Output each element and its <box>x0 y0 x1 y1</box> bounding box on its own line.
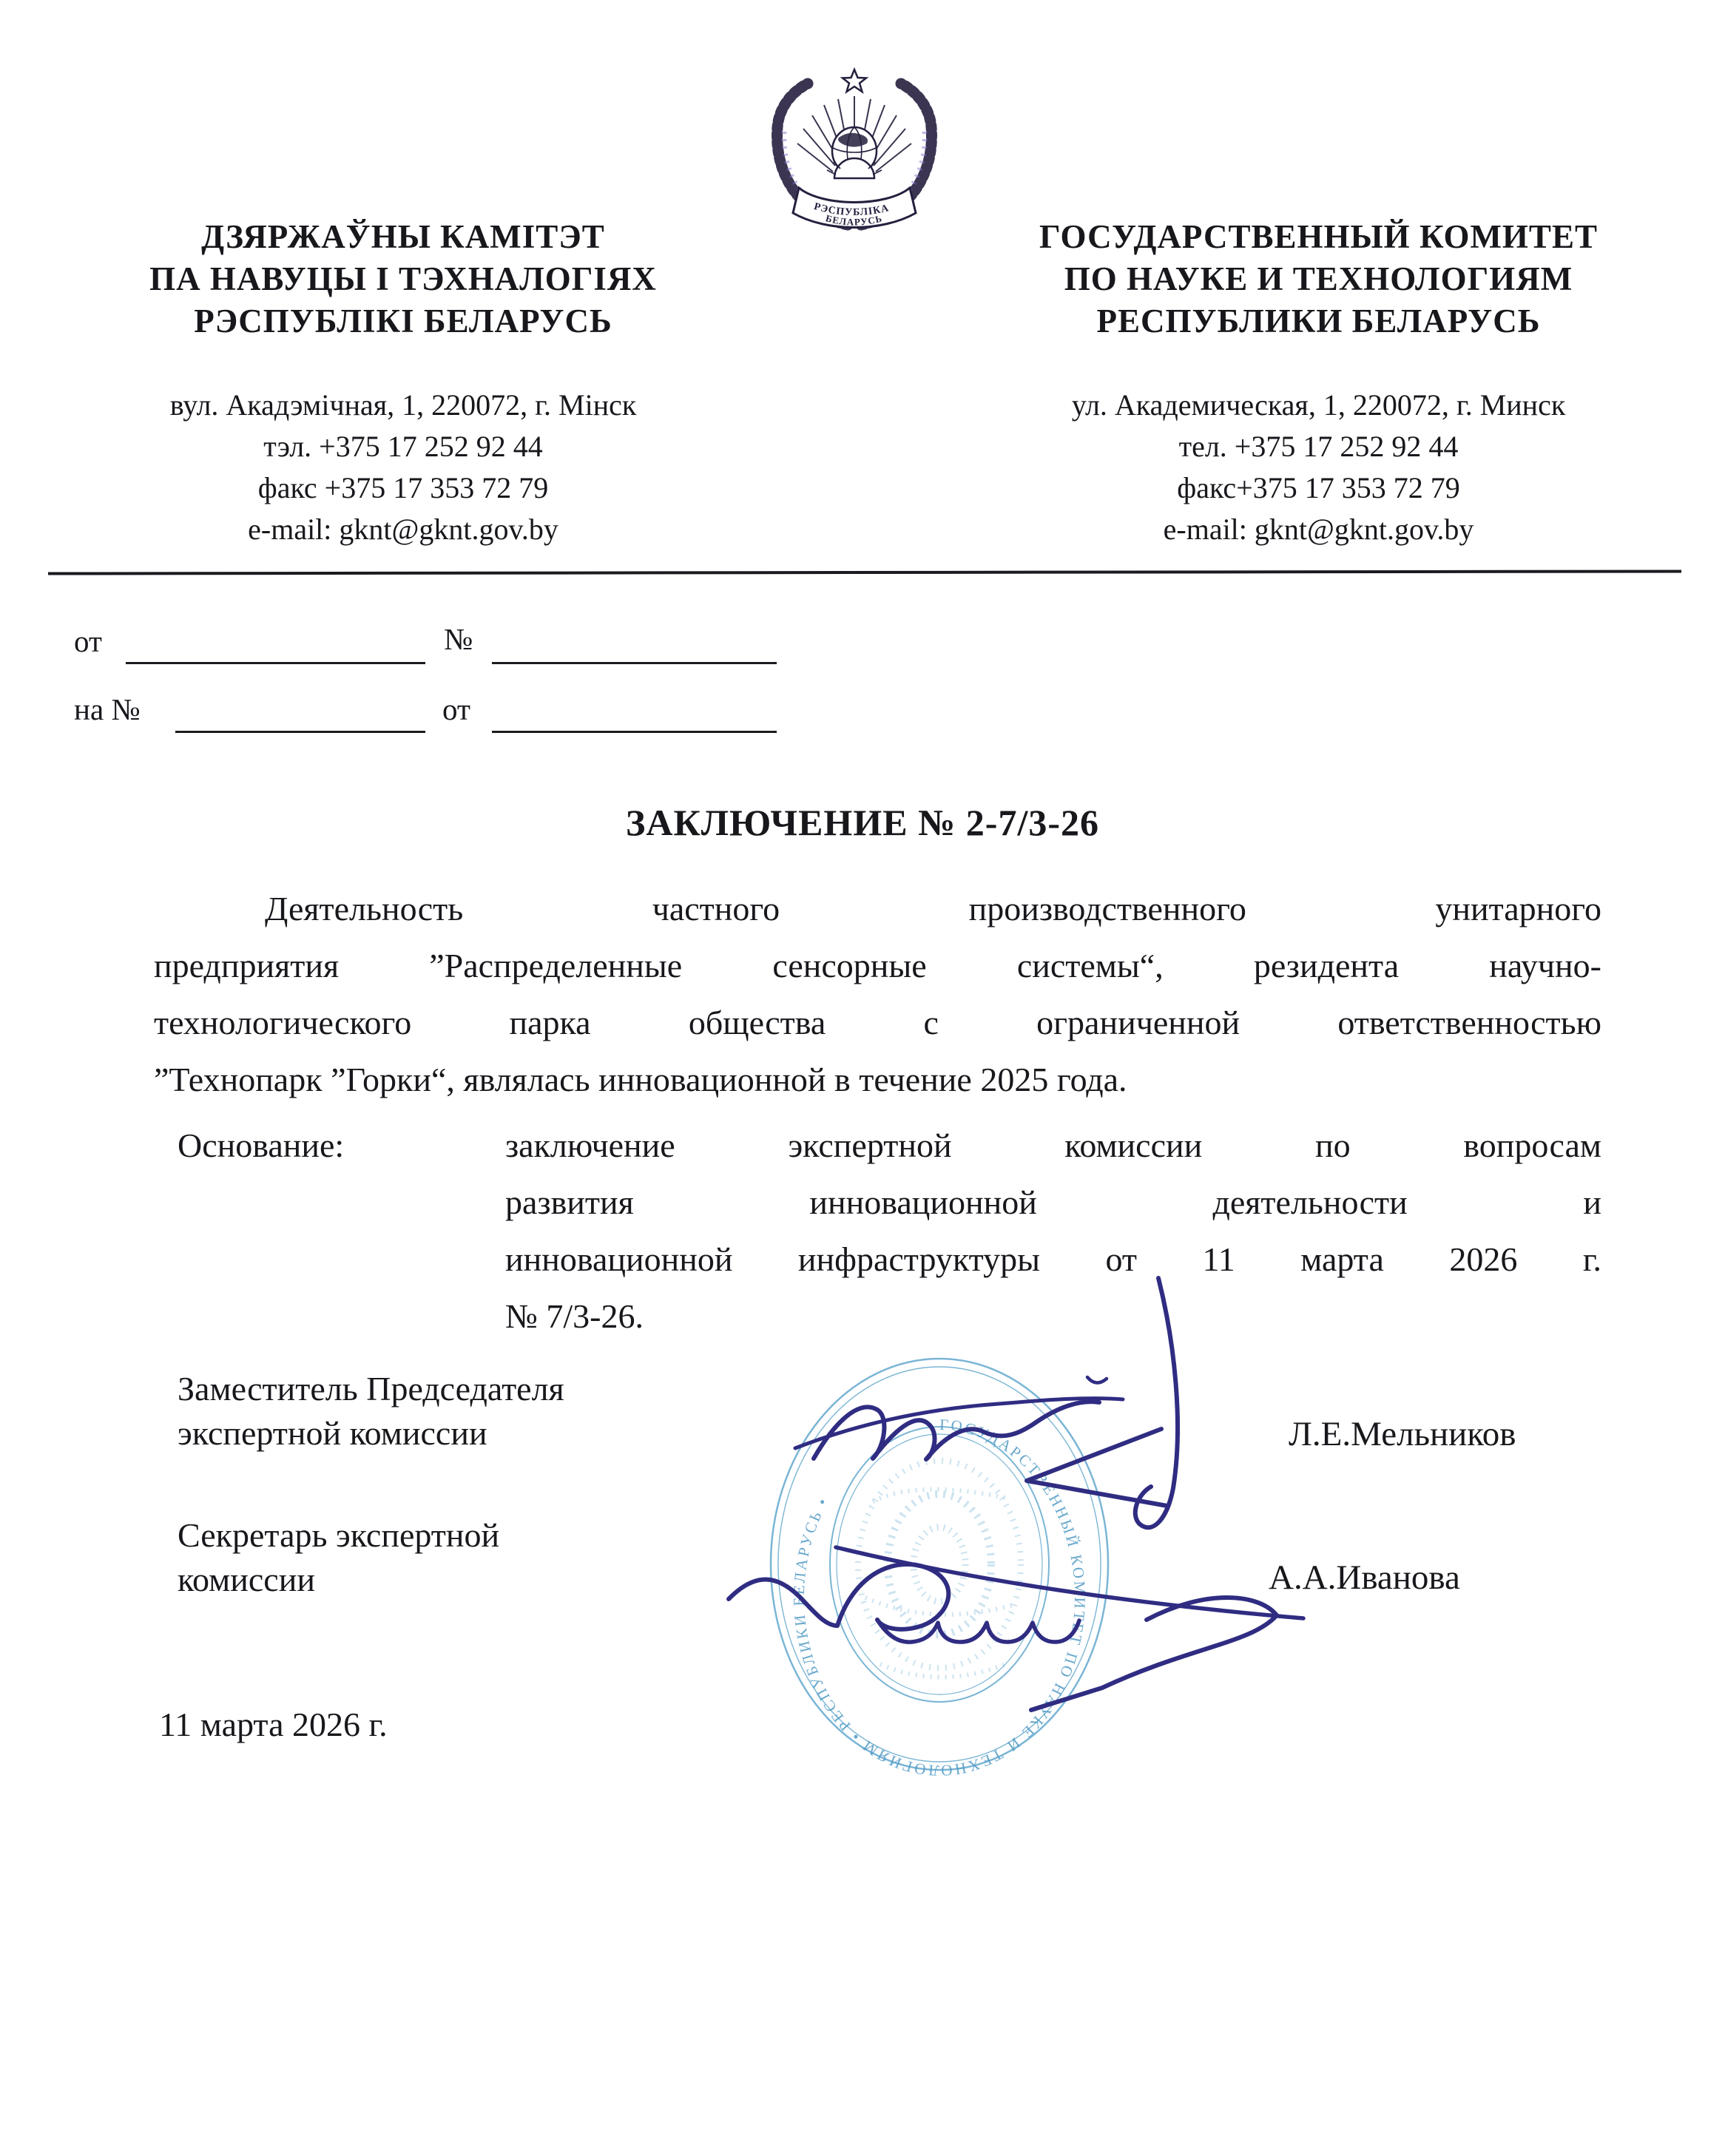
ref-ot-label-2: от <box>442 692 470 727</box>
body-line: ”Технопарк ”Горки“, являлась инновационн… <box>154 1051 1601 1108</box>
star-icon <box>843 70 866 92</box>
header-divider <box>48 570 1681 575</box>
org-right-line2: ПО НАУКЕ И ТЕХНОЛОГИЯМ <box>1013 258 1624 300</box>
basis-line: заключение экспертной комиссии по вопрос… <box>505 1117 1601 1174</box>
org-header-russian: ГОСУДАРСТВЕННЫЙ КОМИТЕТ ПО НАУКЕ И ТЕХНО… <box>1013 216 1624 342</box>
addr-right-street: ул. Академическая, 1, 220072, г. Минск <box>1013 385 1624 426</box>
basis-label: Основание: <box>178 1117 344 1174</box>
addr-left-email: e-mail: gknt@gknt.gov.by <box>118 509 688 550</box>
signatory-name-ivanova: А.А.Иванова <box>1269 1558 1460 1598</box>
body-line: Деятельность частного производственного … <box>154 880 1601 937</box>
coat-of-arms: РЭСПУБЛІКА БЕЛАРУСЬ <box>762 65 947 239</box>
signatory-name-melnikov: Л.Е.Мельников <box>1289 1414 1516 1454</box>
org-header-belarusian: ДЗЯРЖАЎНЫ КАМІТЭТ ПА НАВУЦЫ І ТЭХНАЛОГІЯ… <box>118 216 688 342</box>
handwritten-signatures <box>688 1272 1354 1734</box>
address-block-belarusian: вул. Акадэмічная, 1, 220072, г. Мінск тэ… <box>118 385 688 550</box>
sig1-title-line1: Заместитель Председателя <box>178 1367 651 1411</box>
document-date: 11 марта 2026 г. <box>159 1705 388 1744</box>
addr-right-email: e-mail: gknt@gknt.gov.by <box>1013 509 1624 550</box>
body-paragraph: Деятельность частного производственного … <box>154 880 1601 1108</box>
coat-of-arms-graphic: РЭСПУБЛІКА БЕЛАРУСЬ <box>762 65 947 239</box>
sig1-title-line2: экспертной комиссии <box>178 1411 651 1456</box>
org-right-line3: РЕСПУБЛИКИ БЕЛАРУСЬ <box>1013 300 1624 342</box>
ref-number-label: № <box>444 621 473 657</box>
addr-left-fax: факс +375 17 353 72 79 <box>118 467 688 509</box>
signatory-title-deputy-chairman: Заместитель Председателя экспертной коми… <box>178 1367 651 1456</box>
signature-ink-graphic <box>688 1272 1354 1734</box>
addr-left-phone: тэл. +375 17 252 92 44 <box>118 426 688 467</box>
ref-number-blank-2 <box>175 731 425 733</box>
addr-right-fax: факс+375 17 353 72 79 <box>1013 467 1624 509</box>
sig2-title-line2: комиссии <box>178 1558 651 1602</box>
org-left-line3: РЭСПУБЛІКІ БЕЛАРУСЬ <box>118 300 688 342</box>
basis-line: развития инновационной деятельности и <box>505 1174 1601 1231</box>
document-title: ЗАКЛЮЧЕНИЕ № 2-7/3-26 <box>0 801 1725 844</box>
org-left-line2: ПА НАВУЦЫ І ТЭХНАЛОГІЯХ <box>118 258 688 300</box>
address-block-russian: ул. Академическая, 1, 220072, г. Минск т… <box>1013 385 1624 550</box>
signatory-title-secretary: Секретарь экспертной комиссии <box>178 1513 651 1602</box>
org-right-line1: ГОСУДАРСТВЕННЫЙ КОМИТЕТ <box>1013 216 1624 258</box>
body-line: предприятия ”Распределенные сенсорные си… <box>154 937 1601 994</box>
body-line: технологического парка общества с ограни… <box>154 994 1601 1051</box>
ref-na-number-label: на № <box>74 692 141 727</box>
ref-number-blank-1 <box>492 662 777 664</box>
addr-left-street: вул. Акадэмічная, 1, 220072, г. Мінск <box>118 385 688 426</box>
ref-date-blank-1 <box>126 662 425 664</box>
org-left-line1: ДЗЯРЖАЎНЫ КАМІТЭТ <box>118 216 688 258</box>
official-letter-page: РЭСПУБЛІКА БЕЛАРУСЬ ДЗЯРЖАЎНЫ КАМІТЭТ ПА… <box>0 0 1725 2156</box>
sig2-title-line1: Секретарь экспертной <box>178 1513 651 1558</box>
addr-right-phone: тел. +375 17 252 92 44 <box>1013 426 1624 467</box>
ref-date-blank-2 <box>492 731 777 733</box>
ref-ot-label: от <box>74 624 102 659</box>
